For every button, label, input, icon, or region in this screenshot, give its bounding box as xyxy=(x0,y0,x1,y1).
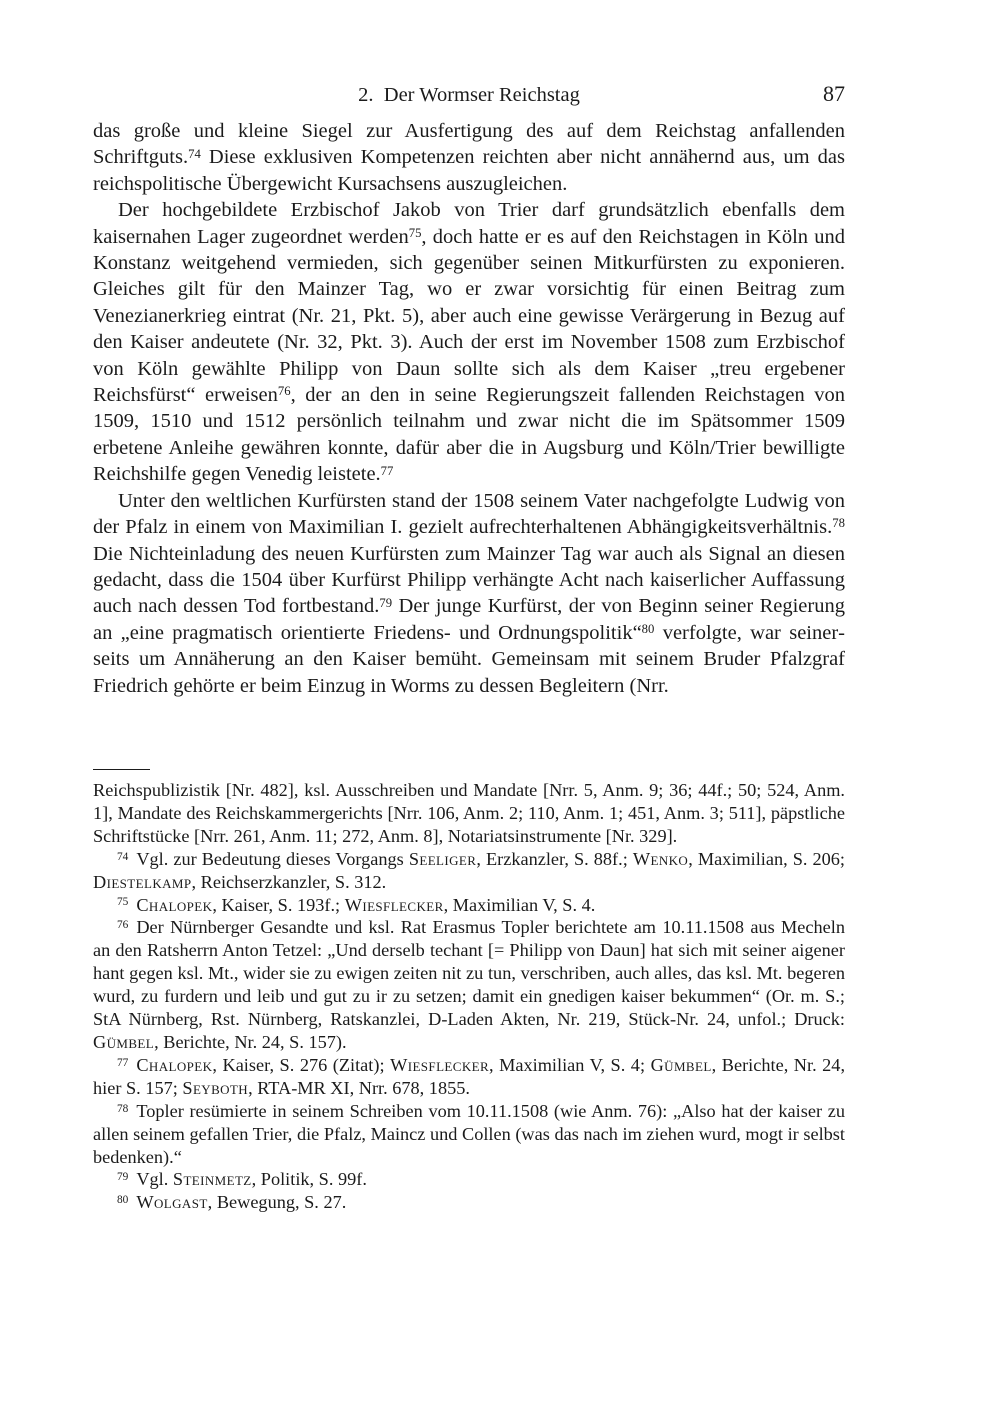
text-run: Vgl. xyxy=(136,1169,173,1189)
text-run: Vgl. zur Bedeutung dieses Vorgangs xyxy=(136,849,408,869)
author-name-smallcaps: Chalopek xyxy=(136,895,212,915)
author-name-smallcaps: Gümbel xyxy=(93,1032,154,1052)
text-run: , Kaiser, S. 193f.; xyxy=(212,895,344,915)
footnote-number: 74 xyxy=(117,851,128,863)
footnote-reference: 77 xyxy=(381,464,394,478)
footnote-reference: 74 xyxy=(188,147,201,161)
section-title: 2. Der Wormser Reichstag xyxy=(358,84,580,106)
footnote: 79Vgl. Steinmetz, Politik, S. 99f. xyxy=(93,1168,845,1191)
footnote-number: 75 xyxy=(117,896,128,908)
footnotes: Reichspublizistik [Nr. 482], ksl. Aussch… xyxy=(93,779,845,1214)
text-run: , Maximilian V, S. 4; xyxy=(489,1055,651,1075)
paragraph: Unter den weltlichen Kurfürsten stand de… xyxy=(93,488,845,699)
footnote-number: 76 xyxy=(117,919,128,931)
text-run: , Erzkanzler, S. 88f.; xyxy=(476,849,632,869)
page-number: 87 xyxy=(823,83,845,105)
text-run: Diese exklusiven Kompetenzen reichten ab… xyxy=(93,146,845,194)
text-run: , Maximilian V, S. 4. xyxy=(444,895,596,915)
footnote: 80Wolgast, Bewegung, S. 27. xyxy=(93,1191,845,1214)
running-header: 2. Der Wormser Reichstag 87 xyxy=(93,84,845,106)
footnote-reference: 76 xyxy=(278,384,291,398)
footnote-section: Reichspublizistik [Nr. 482], ksl. Aussch… xyxy=(93,769,845,1214)
text-run: Reichspublizistik [Nr. 482], ksl. Aussch… xyxy=(93,780,845,846)
footnote-separator xyxy=(93,769,150,770)
text-column: 2. Der Wormser Reichstag 87 das große un… xyxy=(93,84,845,699)
footnote-reference: 75 xyxy=(409,226,422,240)
text-run: , Maximilian, S. 206; xyxy=(688,849,845,869)
footnote: 75Chalopek, Kaiser, S. 193f.; Wiesflecke… xyxy=(93,894,845,917)
author-name-smallcaps: Diestelkamp xyxy=(93,872,192,892)
text-run: Unter den weltlichen Kurfürsten stand de… xyxy=(93,490,845,538)
footnote-reference: 79 xyxy=(379,596,392,610)
author-name-smallcaps: Gümbel xyxy=(651,1055,712,1075)
text-run: , RTA-MR XI, Nrr. 678, 1855. xyxy=(248,1078,470,1098)
book-page: 2. Der Wormser Reichstag 87 das große un… xyxy=(0,0,1004,1418)
text-run: Topler resümierte in seinem Schreiben vo… xyxy=(93,1101,845,1167)
author-name-smallcaps: Steinmetz xyxy=(173,1169,252,1189)
author-name-smallcaps: Chalopek xyxy=(136,1055,212,1075)
author-name-smallcaps: Seyboth xyxy=(182,1078,248,1098)
body-text: das große und kleine Siegel zur Ausferti… xyxy=(93,118,845,699)
paragraph: Der hochgebildete Erzbischof Jakob von T… xyxy=(93,197,845,487)
author-name-smallcaps: Seeliger xyxy=(409,849,477,869)
author-name-smallcaps: Wiesflecker xyxy=(390,1055,489,1075)
footnote-continuation: Reichspublizistik [Nr. 482], ksl. Aussch… xyxy=(93,779,845,848)
paragraph: das große und kleine Siegel zur Ausferti… xyxy=(93,118,845,197)
footnote: 74Vgl. zur Bedeutung dieses Vorgangs See… xyxy=(93,848,845,894)
text-run: , Bewegung, S. 27. xyxy=(208,1192,347,1212)
text-run: , doch hatte er es auf den Reichs­tagen … xyxy=(93,226,845,406)
text-run: , Berichte, Nr. 24, S. 157). xyxy=(154,1032,346,1052)
footnote-number: 79 xyxy=(117,1171,128,1183)
footnote-number: 77 xyxy=(117,1057,128,1069)
footnote-number: 80 xyxy=(117,1194,128,1206)
author-name-smallcaps: Wiesflecker xyxy=(345,895,444,915)
footnote: 76Der Nürnberger Gesandte und ksl. Rat E… xyxy=(93,916,845,1053)
footnote-reference: 78 xyxy=(832,516,845,530)
text-run: , Kaiser, S. 276 (Zitat); xyxy=(212,1055,390,1075)
text-run: , Reichserzkanzler, S. 312. xyxy=(192,872,387,892)
author-name-smallcaps: Wenko xyxy=(633,849,688,869)
footnote: 78Topler resümierte in seinem Schreiben … xyxy=(93,1100,845,1169)
text-run: Der Nürnberger Gesandte und ksl. Rat Era… xyxy=(93,917,845,1029)
text-run: , Politik, S. 99f. xyxy=(252,1169,367,1189)
footnote: 77Chalopek, Kaiser, S. 276 (Zitat); Wies… xyxy=(93,1054,845,1100)
footnote-number: 78 xyxy=(117,1103,128,1115)
author-name-smallcaps: Wolgast xyxy=(136,1192,207,1212)
footnote-reference: 80 xyxy=(642,622,655,636)
